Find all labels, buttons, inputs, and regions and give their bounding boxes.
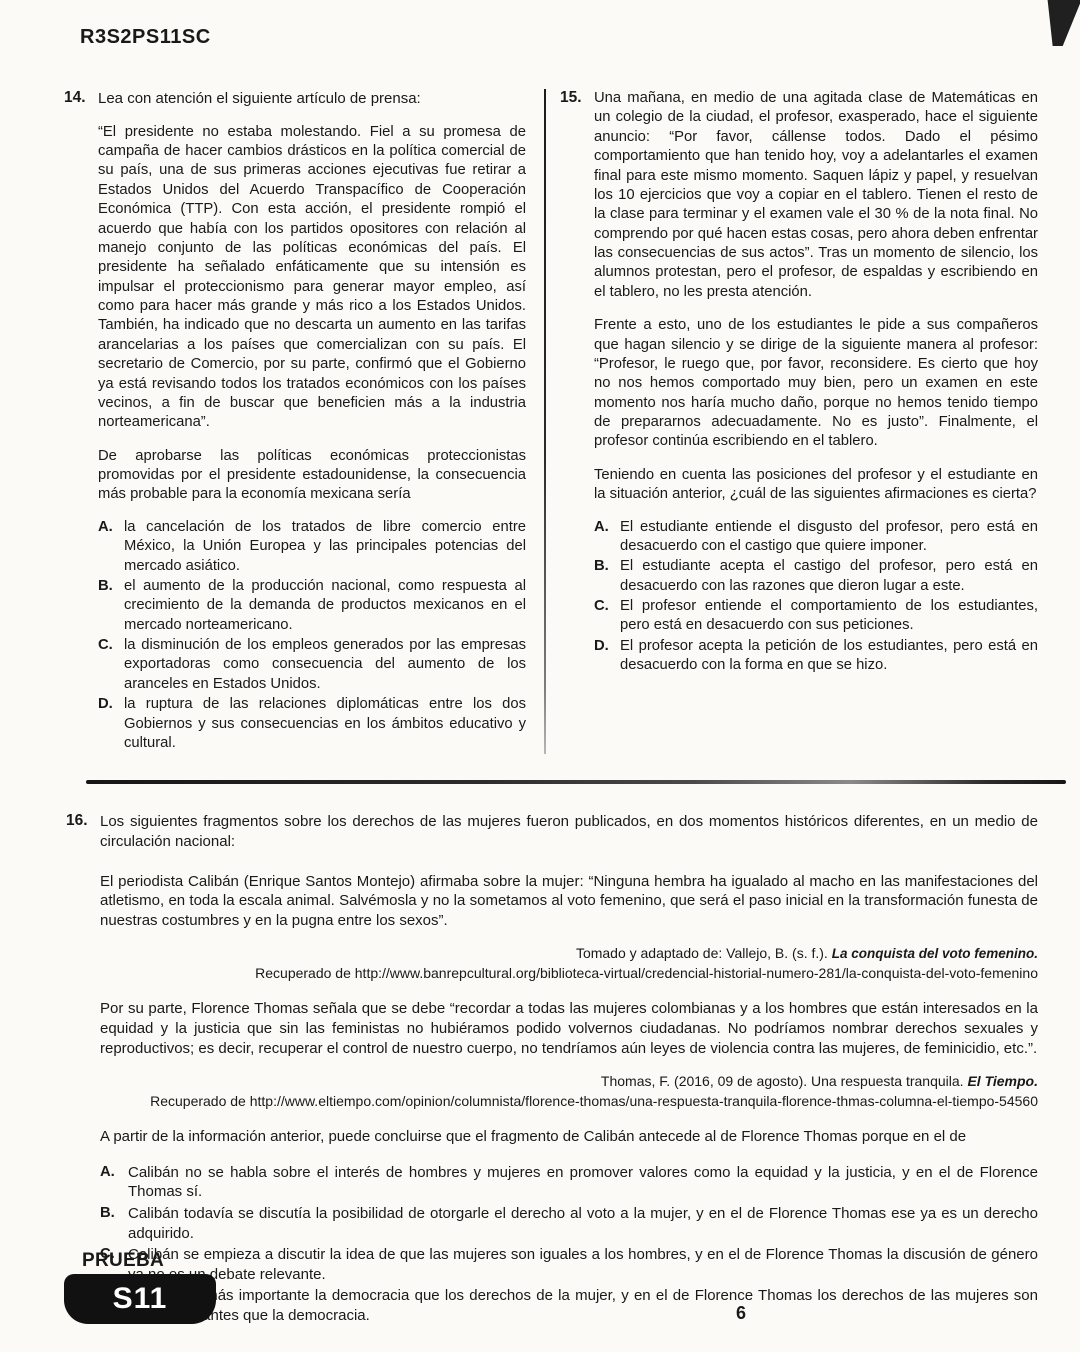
question-16-intro: Los siguientes fragmentos sobre los dere…: [100, 812, 1038, 851]
option-row: B. El estudiante acepta el castigo del p…: [594, 557, 1038, 596]
prueba-label: PRUEBA: [82, 1250, 1044, 1272]
citation-source: Thomas, F. (2016, 09 de agosto). Una res…: [601, 1073, 968, 1089]
option-text: la cancelación de los tratados de libre …: [124, 518, 526, 576]
citation-source: Tomado y adaptado de: Vallejo, B. (s. f.…: [576, 945, 832, 961]
citation-url: Recuperado de http://www.eltiempo.com/op…: [150, 1093, 1038, 1109]
column-divider: [544, 89, 546, 754]
citation-vallejo: Tomado y adaptado de: Vallejo, B. (s. f.…: [100, 944, 1038, 983]
option-text: Calibán todavía se discutía la posibilid…: [128, 1204, 1038, 1243]
question-16-number: 16.: [66, 812, 88, 830]
option-letter: A.: [98, 518, 124, 537]
question-14-number: 14.: [64, 89, 86, 107]
page-number: 6: [736, 1303, 746, 1324]
option-letter: B.: [98, 577, 124, 596]
question-15: 15. Una mañana, en medio de una agitada …: [560, 89, 1038, 754]
question-15-number: 15.: [560, 89, 582, 107]
question-14-prompt: Lea con atención el siguiente artículo d…: [98, 89, 526, 109]
option-row: D. la ruptura de las relaciones diplomát…: [98, 695, 526, 753]
citation-title: El Tiempo.: [967, 1073, 1038, 1089]
question-15-paragraph-1: Una mañana, en medio de una agitada clas…: [594, 89, 1038, 302]
test-page: R3S2PS11SC 14. Lea con atención el sigui…: [0, 0, 1080, 1326]
option-text: El profesor entiende el comportamiento d…: [620, 597, 1038, 636]
option-text: El estudiante entiende el disgusto del p…: [620, 518, 1038, 557]
option-row: B. el aumento de la producción nacional,…: [98, 577, 526, 635]
question-14-passage: “El presidente no estaba molestando. Fie…: [98, 123, 526, 433]
question-14-stem: De aprobarse las políticas económicas pr…: [98, 447, 526, 505]
option-text: la disminución de los empleos generados …: [124, 636, 526, 694]
option-row: A. El estudiante entiende el disgusto de…: [594, 518, 1038, 557]
option-letter: A.: [594, 518, 620, 537]
question-16-fragment-caliban: El periodista Calibán (Enrique Santos Mo…: [100, 872, 1038, 931]
s11-badge-text: S11: [113, 1282, 168, 1316]
page-footer: PRUEBA S11 6: [64, 1250, 1044, 1342]
option-letter: B.: [100, 1204, 128, 1223]
s11-test-badge: S11: [64, 1274, 216, 1324]
option-text: la ruptura de las relaciones diplomática…: [124, 695, 526, 753]
option-text: el aumento de la producción nacional, co…: [124, 577, 526, 635]
question-14: 14. Lea con atención el siguiente artícu…: [64, 89, 526, 754]
section-divider: [86, 780, 1066, 784]
citation-thomas: Thomas, F. (2016, 09 de agosto). Una res…: [100, 1072, 1038, 1111]
option-row: C. la disminución de los empleos generad…: [98, 636, 526, 694]
question-16: 16. Los siguientes fragmentos sobre los …: [64, 812, 1038, 1325]
citation-title: La conquista del voto femenino.: [832, 946, 1038, 961]
question-16-stem: A partir de la información anterior, pue…: [100, 1127, 1038, 1147]
question-15-options: A. El estudiante entiende el disgusto de…: [594, 518, 1038, 676]
option-row: A. la cancelación de los tratados de lib…: [98, 518, 526, 576]
option-text: El profesor acepta la petición de los es…: [620, 637, 1038, 676]
option-text: Calibán no se habla sobre el interés de …: [128, 1163, 1038, 1202]
question-15-paragraph-2: Frente a esto, uno de los estudiantes le…: [594, 316, 1038, 452]
option-letter: A.: [100, 1163, 128, 1182]
two-column-section: 14. Lea con atención el siguiente artícu…: [64, 89, 1038, 754]
citation-url: Recuperado de http://www.banrepcultural.…: [255, 965, 1038, 981]
option-letter: C.: [98, 636, 124, 655]
question-14-options: A. la cancelación de los tratados de lib…: [98, 518, 526, 754]
question-15-stem: Teniendo en cuenta las posiciones del pr…: [594, 466, 1038, 505]
option-row: C. El profesor entiende el comportamient…: [594, 597, 1038, 636]
option-letter: D.: [594, 637, 620, 656]
option-text: El estudiante acepta el castigo del prof…: [620, 557, 1038, 596]
option-letter: D.: [98, 695, 124, 714]
option-row: D. El profesor acepta la petición de los…: [594, 637, 1038, 676]
option-letter: B.: [594, 557, 620, 576]
question-16-fragment-thomas: Por su parte, Florence Thomas señala que…: [100, 999, 1038, 1058]
option-row: B. Calibán todavía se discutía la posibi…: [100, 1204, 1038, 1243]
option-row: A. Calibán no se habla sobre el interés …: [100, 1163, 1038, 1202]
option-letter: C.: [594, 597, 620, 616]
form-code: R3S2PS11SC: [80, 26, 1038, 49]
